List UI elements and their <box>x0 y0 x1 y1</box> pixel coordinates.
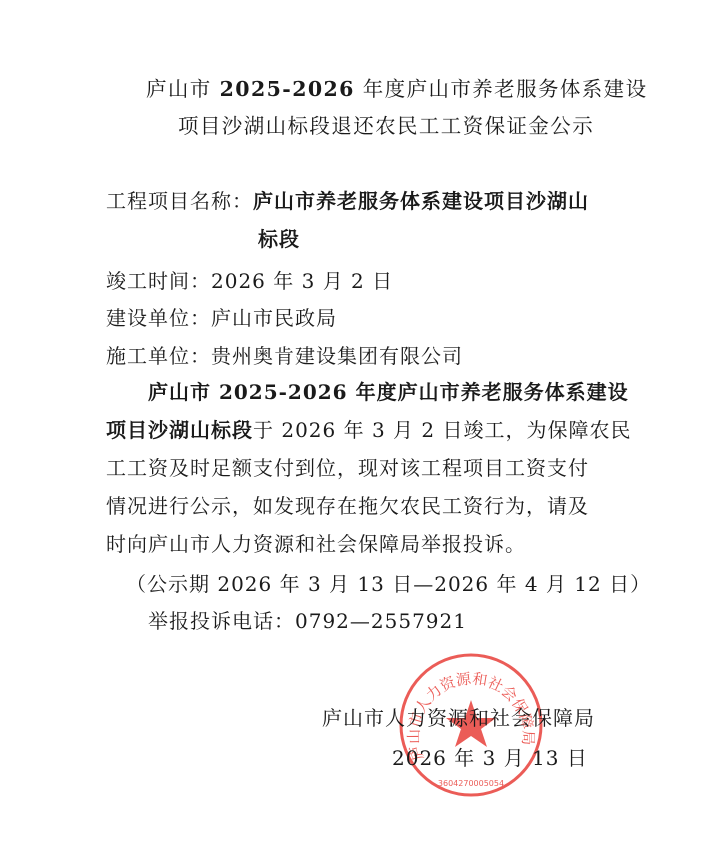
signature-date: 2026 年 3 月 13 日 <box>392 746 588 770</box>
body-project-name: 项目沙湖山标段 <box>106 418 253 442</box>
body-completion-text: 于 2026 年 3 月 2 日竣工，为保障农民 <box>253 418 632 442</box>
builder-value: 庐山市民政局 <box>211 306 337 330</box>
body-line-5: 时向庐山市人力资源和社会保障局举报投诉。 <box>106 532 526 556</box>
builder-label: 建设单位： <box>106 306 211 330</box>
body-line-3: 工工资及时足额支付到位，现对该工程项目工资支付 <box>106 456 589 480</box>
body-line-1: 庐山市 2025-2026 年度庐山市养老服务体系建设 <box>148 380 629 404</box>
project-name-value-cont: 标段 <box>258 227 300 251</box>
title-suffix: 年度庐山市养老服务体系建设 <box>355 77 648 101</box>
phone-value: 0792—2557921 <box>295 609 467 633</box>
completion-row: 竣工时间：2026 年 3 月 2 日 <box>106 269 393 293</box>
signature-org: 庐山市人力资源和社会保障局 <box>322 706 595 730</box>
completion-value: 2026 年 3 月 2 日 <box>211 269 393 293</box>
title-prefix: 庐山市 <box>146 77 220 101</box>
contractor-label: 施工单位： <box>106 344 211 368</box>
seal-code: 3604270005054 <box>438 779 504 788</box>
contractor-value: 贵州奥肯建设集团有限公司 <box>211 344 463 368</box>
project-name-value: 庐山市养老服务体系建设项目沙湖山 <box>253 189 589 213</box>
title-line-1: 庐山市 2025-2026 年度庐山市养老服务体系建设 <box>146 77 647 101</box>
builder-row: 建设单位：庐山市民政局 <box>106 306 337 330</box>
body-line-2: 项目沙湖山标段于 2026 年 3 月 2 日竣工，为保障农民 <box>106 418 632 442</box>
body-suffix: 年度庐山市养老服务体系建设 <box>348 380 629 404</box>
body-prefix: 庐山市 <box>148 380 219 404</box>
body-year: 2025-2026 <box>219 380 348 404</box>
phone-row: 举报投诉电话：0792—2557921 <box>148 609 467 633</box>
body-line-4: 情况进行公示，如发现存在拖欠农民工资行为，请及 <box>106 494 589 518</box>
publicity-period: （公示期 2026 年 3 月 13 日—2026 年 4 月 12 日） <box>126 572 651 596</box>
project-name-row: 工程项目名称：庐山市养老服务体系建设项目沙湖山 <box>106 189 589 213</box>
completion-label: 竣工时间： <box>106 269 211 293</box>
contractor-row: 施工单位：贵州奥肯建设集团有限公司 <box>106 344 463 368</box>
title-year: 2025-2026 <box>220 77 355 101</box>
project-name-label: 工程项目名称： <box>106 189 253 213</box>
phone-label: 举报投诉电话： <box>148 609 295 633</box>
title-line-2: 项目沙湖山标段退还农民工工资保证金公示 <box>178 114 594 138</box>
